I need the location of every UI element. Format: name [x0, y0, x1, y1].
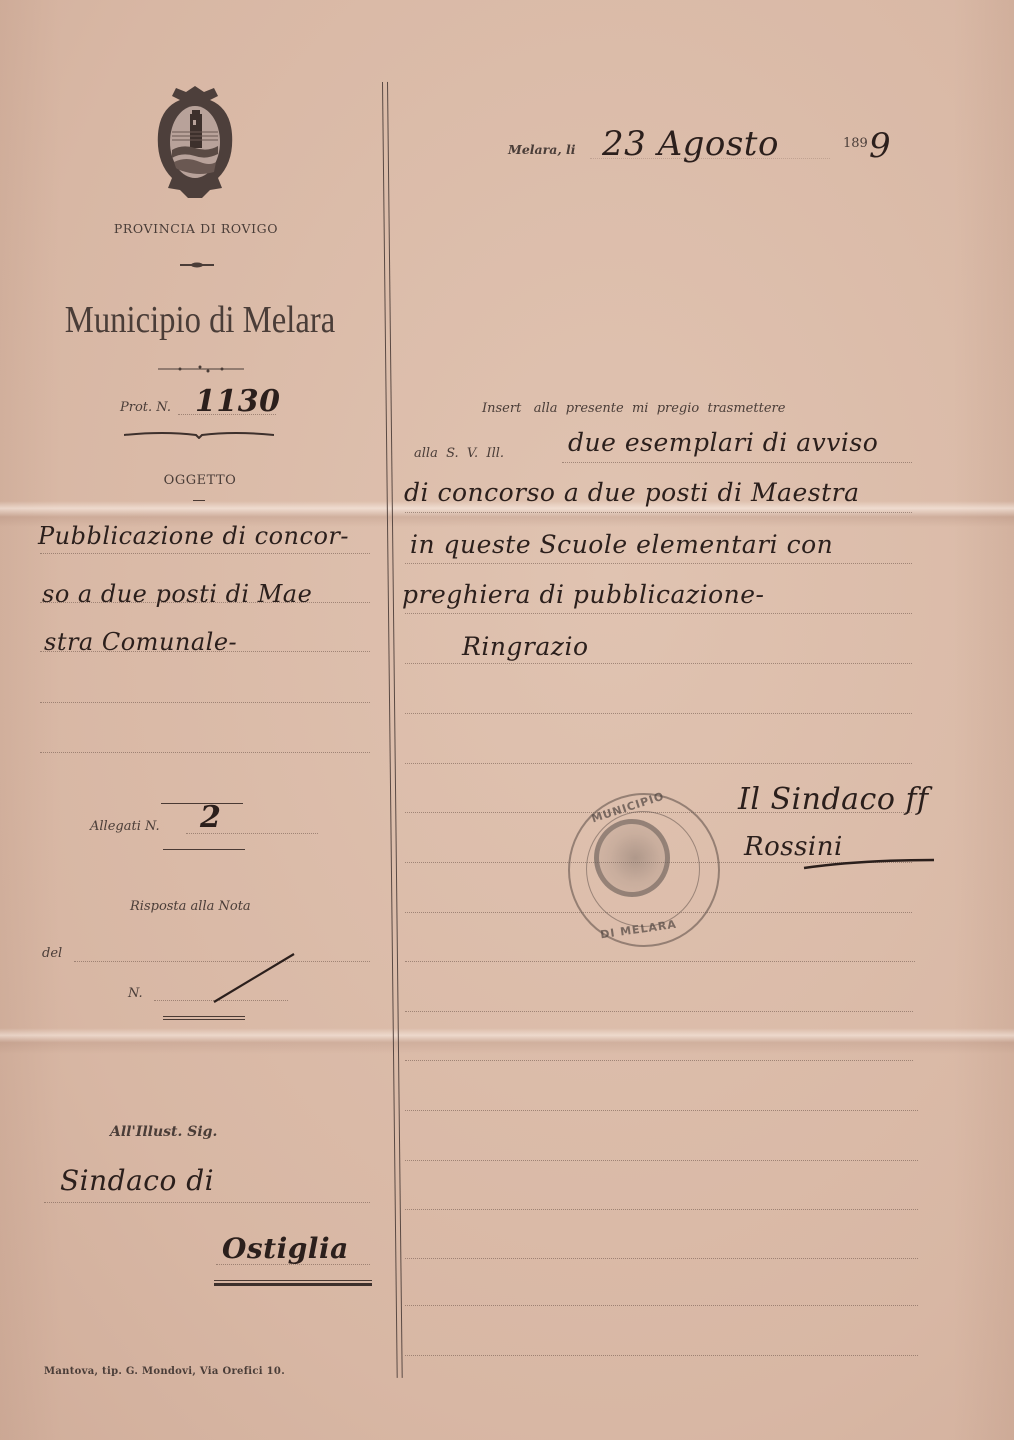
- printer-imprint: Mantova, tip. G. Mondovi, Via Orefici 10…: [44, 1366, 285, 1377]
- subject-heading: OGGETTO: [0, 473, 400, 488]
- municipal-seal-stamp: MUNICIPIO DI MELARA: [568, 793, 720, 947]
- column-divider: [382, 82, 403, 1378]
- province-name: PROVINCIA DI ROVIGO: [0, 221, 392, 236]
- date-year-hand[interactable]: 9: [869, 126, 891, 166]
- date-year-printed: 189: [843, 136, 868, 151]
- addressee-line1[interactable]: Sindaco di: [60, 1164, 214, 1197]
- reply-number-label: N.: [128, 986, 143, 1001]
- body-line[interactable]: di concorso a due posti di Maestra: [404, 478, 859, 507]
- subject-line[interactable]: so a due posti di Mae: [42, 580, 312, 608]
- attachments-value[interactable]: 2: [200, 800, 221, 835]
- reply-number-slash: [210, 950, 300, 1006]
- ornament-divider-icon: [180, 253, 214, 272]
- ornament-divider-icon: [124, 424, 274, 443]
- municipal-crest-icon: [152, 82, 238, 200]
- body-line[interactable]: preghiera di pubblicazione-: [402, 580, 764, 609]
- municipality-title: Municipio di Melara: [28, 298, 372, 342]
- addressee-heading: All'Illust. Sig.: [110, 1124, 217, 1140]
- ornament-divider-icon: [158, 358, 244, 377]
- reply-heading: Risposta alla Nota: [130, 899, 251, 914]
- protocol-label: Prot. N.: [120, 400, 171, 415]
- intro-printed-line1: Insert alla presente mi pregio trasmette…: [482, 401, 785, 416]
- body-line[interactable]: Ringrazio: [462, 632, 589, 661]
- reply-date-label: del: [42, 946, 62, 961]
- intro-printed-line2: alla S. V. Ill.: [414, 446, 504, 461]
- signature-flourish: [800, 852, 940, 872]
- seal-emblem-icon: [594, 819, 670, 897]
- body-line[interactable]: in queste Scuole elementari con: [410, 530, 833, 559]
- addressee-line2[interactable]: Ostiglia: [222, 1232, 349, 1265]
- subject-line[interactable]: Pubblicazione di concor-: [38, 522, 349, 550]
- signature-title[interactable]: Il Sindaco ff: [738, 782, 929, 817]
- body-line[interactable]: due esemplari di avviso: [568, 428, 878, 457]
- attachments-label: Allegati N.: [90, 819, 160, 834]
- place-label: Melara, li: [508, 142, 576, 157]
